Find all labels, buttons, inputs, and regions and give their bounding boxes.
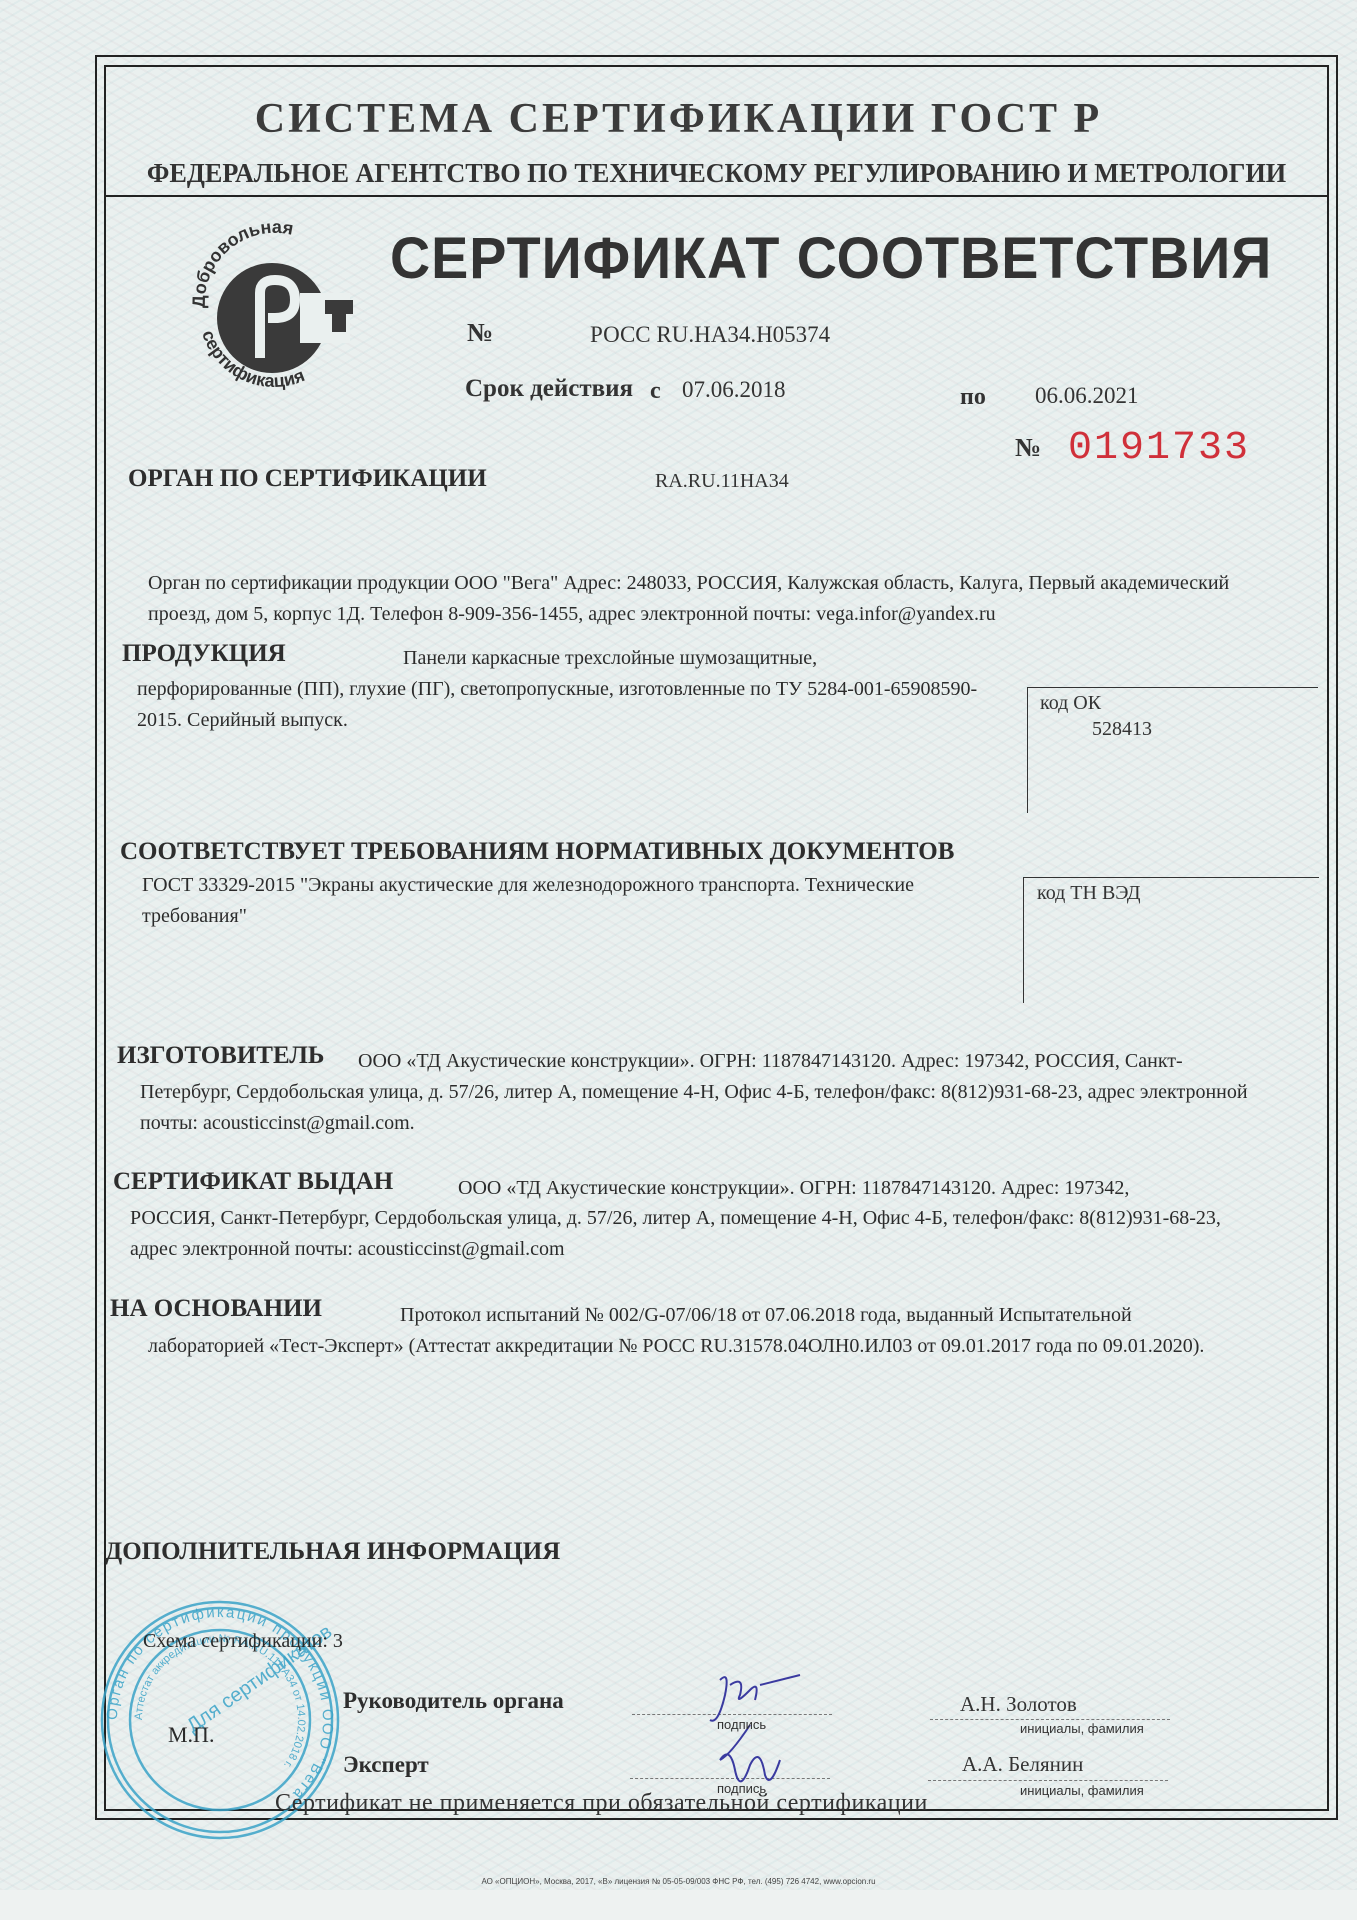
certificate-number: РОСС RU.НА34.Н05374 [590,322,830,348]
expert-name: А.А. Белянин [962,1752,1083,1777]
certification-scheme: Схема сертификации: 3 [143,1626,343,1657]
basis-heading: НА ОСНОВАНИИ [110,1295,322,1323]
printer-note: АО «ОПЦИОН», Москва, 2017, «В» лицензия … [0,1877,1357,1886]
head-signature-caption: подпись [717,1717,766,1732]
system-title: СИСТЕМА СЕРТИФИКАЦИИ ГОСТ Р [0,95,1357,143]
issued-to-heading: СЕРТИФИКАТ ВЫДАН [113,1168,393,1196]
product-text: перфорированные (ПП), глухие (ПГ), свето… [137,674,982,736]
product-heading: ПРОДУКЦИЯ [122,640,286,668]
expert-name-line [928,1780,1168,1781]
head-label: Руководитель органа [343,1688,564,1714]
basis-line1: Протокол испытаний № 002/G-07/06/18 от 0… [400,1300,1132,1331]
head-name-line [930,1719,1170,1720]
head-name: А.Н. Золотов [960,1692,1077,1717]
head-name-caption: инициалы, фамилия [1020,1721,1144,1736]
valid-from-date: 07.06.2018 [682,377,786,403]
to-label: по [960,384,986,411]
blank-number-label: № [1015,433,1041,463]
expert-name-caption: инициалы, фамилия [1020,1783,1144,1798]
additional-info-heading: ДОПОЛНИТЕЛЬНАЯ ИНФОРМАЦИЯ [105,1538,560,1566]
certification-body-text: Орган по сертификации продукции ООО "Вег… [148,568,1268,630]
ok-code-label: код ОК [1040,692,1101,715]
manufacturer-heading: ИЗГОТОВИТЕЛЬ [117,1042,324,1070]
certification-body-code: RA.RU.11НА34 [655,470,789,493]
rst-logo-icon: Добровольная сертификация [180,218,370,393]
valid-to-date: 06.06.2021 [1035,383,1139,409]
conformity-text: ГОСТ 33329-2015 "Экраны акустические для… [142,870,922,932]
validity-label: Срок действия [465,375,633,403]
header-divider [104,195,1329,197]
manufacturer-line1: ООО «ТД Акустические конструкции». ОГРН:… [358,1046,1183,1077]
agency-name: ФЕДЕРАЛЬНОЕ АГЕНТСТВО ПО ТЕХНИЧЕСКОМУ РЕ… [122,158,1310,189]
blank-serial-number: 0191733 [1068,426,1250,471]
manufacturer-text: Петербург, Сердобольская улица, д. 57/26… [140,1077,1280,1139]
expert-label: Эксперт [343,1752,429,1778]
product-line1: Панели каркасные трехслойные шумозащитны… [403,643,817,674]
issued-to-line1: ООО «ТД Акустические конструкции». ОГРН:… [458,1173,1129,1204]
certification-body-heading: ОРГАН ПО СЕРТИФИКАЦИИ [128,465,487,493]
certificate-title: СЕРТИФИКАТ СООТВЕТСТВИЯ [390,225,1272,292]
issued-to-text: РОССИЯ, Санкт-Петербург, Сердобольская у… [130,1203,1250,1265]
tn-ved-label: код ТН ВЭД [1037,882,1140,905]
stamp-place-label: М.П. [168,1719,214,1750]
number-label: № [467,318,493,348]
disclaimer: Сертификат не применяется при обязательн… [275,1790,928,1817]
from-label: с [650,378,661,405]
ok-code-value: 528413 [1092,718,1152,741]
basis-text: лабораторией «Тест-Эксперт» (Аттестат ак… [148,1331,1258,1362]
conformity-heading: СООТВЕТСТВУЕТ ТРЕБОВАНИЯМ НОРМАТИВНЫХ ДО… [120,838,954,866]
